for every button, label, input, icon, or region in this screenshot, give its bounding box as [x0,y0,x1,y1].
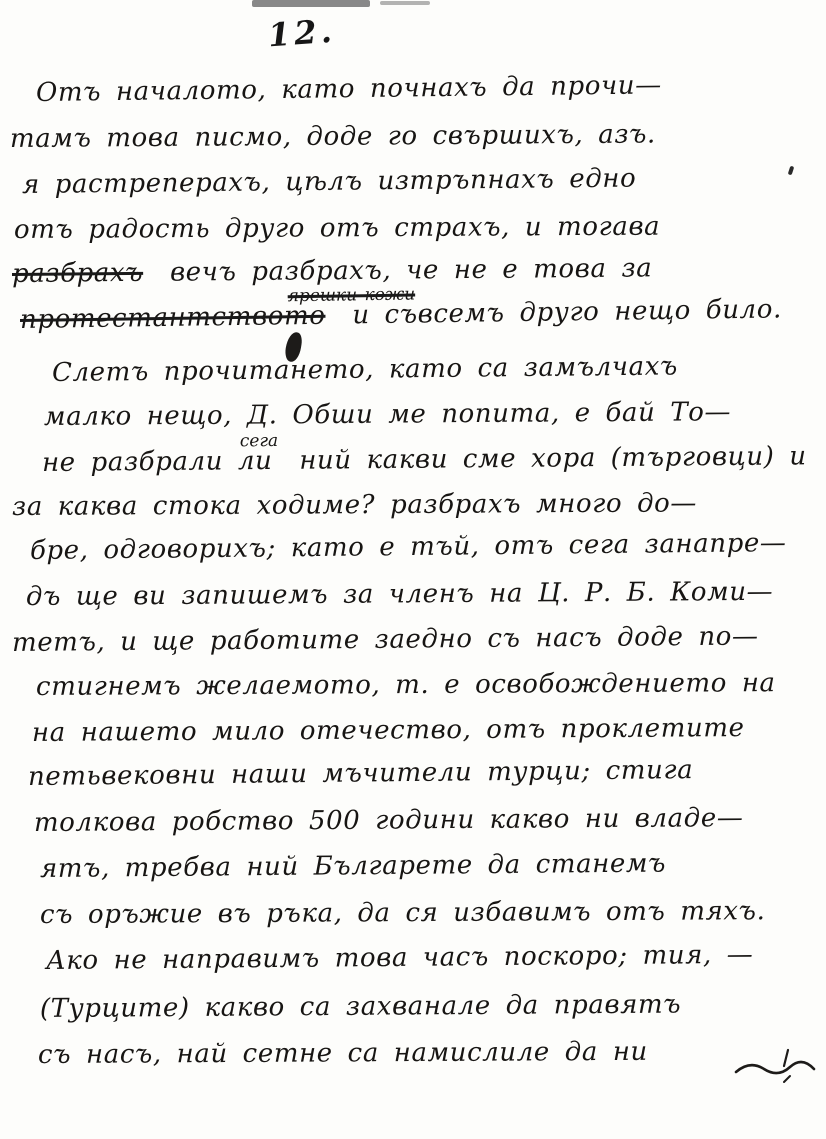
manuscript-line: Ако не направимъ това часъ поскоро; тия,… [46,940,754,976]
line-text: и съвсемъ друго нещо било. [352,294,782,330]
manuscript-line: съ оръжие въ ръка, да ся избавимъ отъ тя… [40,896,766,930]
manuscript-line: стигнемъ желаемото, т. е освобождението … [36,668,776,702]
line-text: ний какви сме хора (търговци) и [299,441,807,475]
manuscript-line: на нашето мило отечество, отъ проклетите [32,713,745,748]
manuscript-line: Отъ началото, като почнахъ да прочи— [36,70,662,108]
manuscript-line: тамъ това писмо, доде го свършихъ, азъ. [10,119,656,154]
manuscript-line-with-insertion: не разбрали ли сега ний какви сме хора (… [42,441,807,478]
manuscript-page: 12. Отъ началото, като почнахъ да прочи—… [0,0,826,1139]
scan-artifact-smudge [380,1,430,5]
struck-word: протестантството [20,301,326,335]
manuscript-line: Слетъ прочитането, като са замълчахъ [52,351,678,388]
line-text: вечъ разбрахъ, че не е това за [170,253,653,287]
interlinear-insertion-struck: ярешки кожи [288,284,416,306]
manuscript-line: малко нещо, Д. Обши ме попита, е бай То— [44,397,731,432]
ink-speck [788,166,795,176]
interlinear-insertion: сега [240,431,278,451]
manuscript-line: петьвековни наши мъчители турци; стига [28,755,694,792]
manuscript-line: тетъ, и ще работите заедно съ насъ доде … [12,621,759,658]
end-flourish-scribble [732,1042,818,1092]
manuscript-line: за каква стока ходиме? разбрахъ много до… [12,488,697,522]
manuscript-line: бре, одговорихъ; като е тъй, отъ сега за… [30,528,787,566]
manuscript-line: ятъ, требва ний Българете да станемъ [40,849,666,884]
manuscript-line: дъ ще ви запишемъ за членъ на Ц. Р. Б. К… [26,577,773,612]
manuscript-line-with-correction: разбрахъ вечъ разбрахъ, че не е това за [12,253,653,289]
manuscript-line: съ насъ, най сетне са намислиле да ни [38,1037,648,1070]
manuscript-line-with-correction: протестантството ярешки кожи и съвсемъ д… [20,294,782,335]
manuscript-line: отъ радость друго отъ страхъ, и тогава [14,212,660,245]
scan-artifact-smudge [252,0,370,7]
line-text: не разбрали ли [42,446,273,478]
page-number: 12. [267,12,337,55]
struck-word: разбрахъ [12,258,143,289]
manuscript-line: толкова робство 500 години какво ни влад… [34,803,744,838]
manuscript-line: я растреперахъ, цѣлъ изтръпнахъ едно [22,164,637,200]
manuscript-line: (Турците) какво са захванале да правятъ [40,990,681,1024]
